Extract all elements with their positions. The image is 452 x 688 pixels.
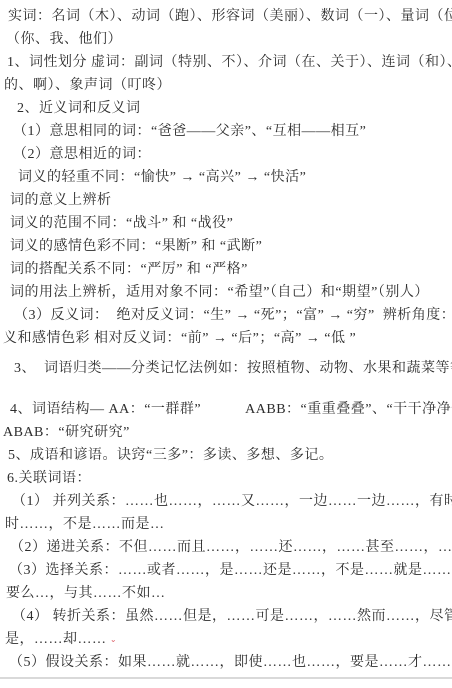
doc-line-text: （3）反义词： 绝对反义词：“生” → “死”；“富” → “穷” 辨析角度：意: [14, 308, 452, 323]
doc-line: 词的用法上辨析，适用对象不同：“希望”（自己）和“期望”（别人）: [0, 281, 452, 304]
doc-line-text: 词义的轻重不同：“愉快” → “高兴” → “快活”: [18, 170, 306, 185]
doc-line: （1） 并列关系：……也……，……又……，一边……一边……，有时……有: [0, 490, 452, 513]
doc-line: 时……，不是……而是…: [0, 513, 452, 536]
doc-line-text: （你、我、他们）: [6, 32, 122, 47]
proofing-mark-icon: ˅: [110, 634, 116, 651]
doc-line: 是，……却……˅: [0, 628, 452, 651]
doc-line: （你、我、他们）: [0, 28, 452, 51]
doc-line: 3、 词语归类——分类记忆法例如：按照植物、动物、水果和蔬菜等等分类。: [0, 357, 452, 380]
doc-line-text: 6.关联词语：: [7, 471, 91, 486]
doc-line: 词的意义上辨析: [0, 189, 452, 212]
doc-line: （3）反义词： 绝对反义词：“生” → “死”；“富” → “穷” 辨析角度：意: [0, 304, 452, 327]
doc-line: 6.关联词语：: [0, 467, 452, 490]
doc-line: （5）假设关系：如果……就……，即使……也……，要是……才……˅: [0, 651, 452, 674]
doc-line-text: 的、啊）、象声词（叮咚）: [4, 78, 171, 93]
doc-line-text: 词义的范围不同：“战斗” 和 “战役”: [10, 216, 233, 231]
doc-line-text: 义和感情色彩 相对反义词：“前” → “后”；“高” → “低 ”: [3, 331, 356, 346]
doc-line-text: （3）选择关系：……或者……，是……还是……，不是……就是……，要么……: [9, 563, 452, 578]
doc-line: 1、词性划分 虚词：副词（特别、不）、介词（在、关于）、连词（和）、助词（着、: [0, 51, 452, 74]
doc-line: 词义的感情色彩不同：“果断” 和 “武断”: [0, 235, 452, 258]
doc-line: 词义的轻重不同：“愉快” → “高兴” → “快活”: [0, 166, 452, 189]
document-body: 实词：名词（木）、动词（跑）、形容词（美丽）、数词（一）、量词（位）、代词（你、…: [0, 5, 452, 674]
doc-line-text: ABAB：“研究研究”: [3, 425, 130, 440]
document-page: 实词：名词（木）、动词（跑）、形容词（美丽）、数词（一）、量词（位）、代词（你、…: [0, 0, 452, 688]
doc-line: 义和感情色彩 相对反义词：“前” → “后”；“高” → “低 ”: [0, 327, 452, 350]
doc-line: （3）选择关系：……或者……，是……还是……，不是……就是……，要么……: [0, 559, 452, 582]
doc-line-text: 词的意义上辨析: [10, 193, 112, 208]
doc-line-text: 1、词性划分 虚词：副词（特别、不）、介词（在、关于）、连词（和）、助词（着、: [7, 55, 452, 70]
doc-line-text: 5、成语和谚语。诀窍“三多”：多读、多想、多记。: [8, 448, 333, 463]
doc-line-text: （4） 转折关系：虽然……但是，……可是……，……然而……，尽管……还: [12, 609, 452, 624]
doc-line-text: 词的用法上辨析，适用对象不同：“希望”（自己）和“期望”（别人）: [10, 285, 429, 300]
doc-line: 实词：名词（木）、动词（跑）、形容词（美丽）、数词（一）、量词（位）、代词: [0, 5, 452, 28]
doc-line: （2）递进关系：不但……而且……，……还……，……甚至……，……也……: [0, 536, 452, 559]
doc-line-text: （5）假设关系：如果……就……，即使……也……，要是……才……: [9, 655, 452, 670]
doc-line-text: （1）意思相同的词：“爸爸——父亲”、“互相——相互”: [13, 124, 366, 139]
doc-line-text: 时……，不是……而是…: [5, 517, 165, 532]
doc-line-text: 实词：名词（木）、动词（跑）、形容词（美丽）、数词（一）、量词（位）、代词: [8, 9, 452, 24]
doc-line-text: 3、 词语归类——分类记忆法例如：按照植物、动物、水果和蔬菜等等分类。: [14, 361, 452, 376]
doc-line-text: 词的搭配关系不同：“严厉” 和 “严格”: [10, 262, 248, 277]
doc-line: 2、近义词和反义词: [0, 97, 452, 120]
doc-line: ABAB：“研究研究”: [0, 421, 452, 444]
doc-line: （2）意思相近的词：: [0, 143, 452, 166]
doc-line: 词的搭配关系不同：“严厉” 和 “严格”: [0, 258, 452, 281]
doc-line: 4、词语结构— AA：“一群群” AABB：“重重叠叠”、“干干净净”: [0, 398, 452, 421]
doc-line-text: 要么…，与其……不如…: [6, 586, 166, 601]
doc-line-text: 4、词语结构— AA：“一群群” AABB：“重重叠叠”、“干干净净”: [10, 402, 452, 417]
doc-line-text: 2、近义词和反义词: [17, 101, 141, 116]
doc-line-text: （2）递进关系：不但……而且……，……还……，……甚至……，……也……: [10, 540, 452, 555]
page-bottom-divider: [0, 677, 452, 679]
doc-line-text: （2）意思相近的词：: [13, 147, 151, 162]
doc-line: 词义的范围不同：“战斗” 和 “战役”: [0, 212, 452, 235]
doc-line-text: （1） 并列关系：……也……，……又……，一边……一边……，有时……有: [12, 494, 452, 509]
doc-line-text: 词义的感情色彩不同：“果断” 和 “武断”: [10, 239, 262, 254]
doc-line-text: 是，……却……: [5, 632, 107, 647]
doc-line: 5、成语和谚语。诀窍“三多”：多读、多想、多记。: [0, 444, 452, 467]
doc-line: 的、啊）、象声词（叮咚）: [0, 74, 452, 97]
doc-line: （4） 转折关系：虽然……但是，……可是……，……然而……，尽管……还: [0, 605, 452, 628]
doc-line: （1）意思相同的词：“爸爸——父亲”、“互相——相互”: [0, 120, 452, 143]
doc-line: 要么…，与其……不如…: [0, 582, 452, 605]
